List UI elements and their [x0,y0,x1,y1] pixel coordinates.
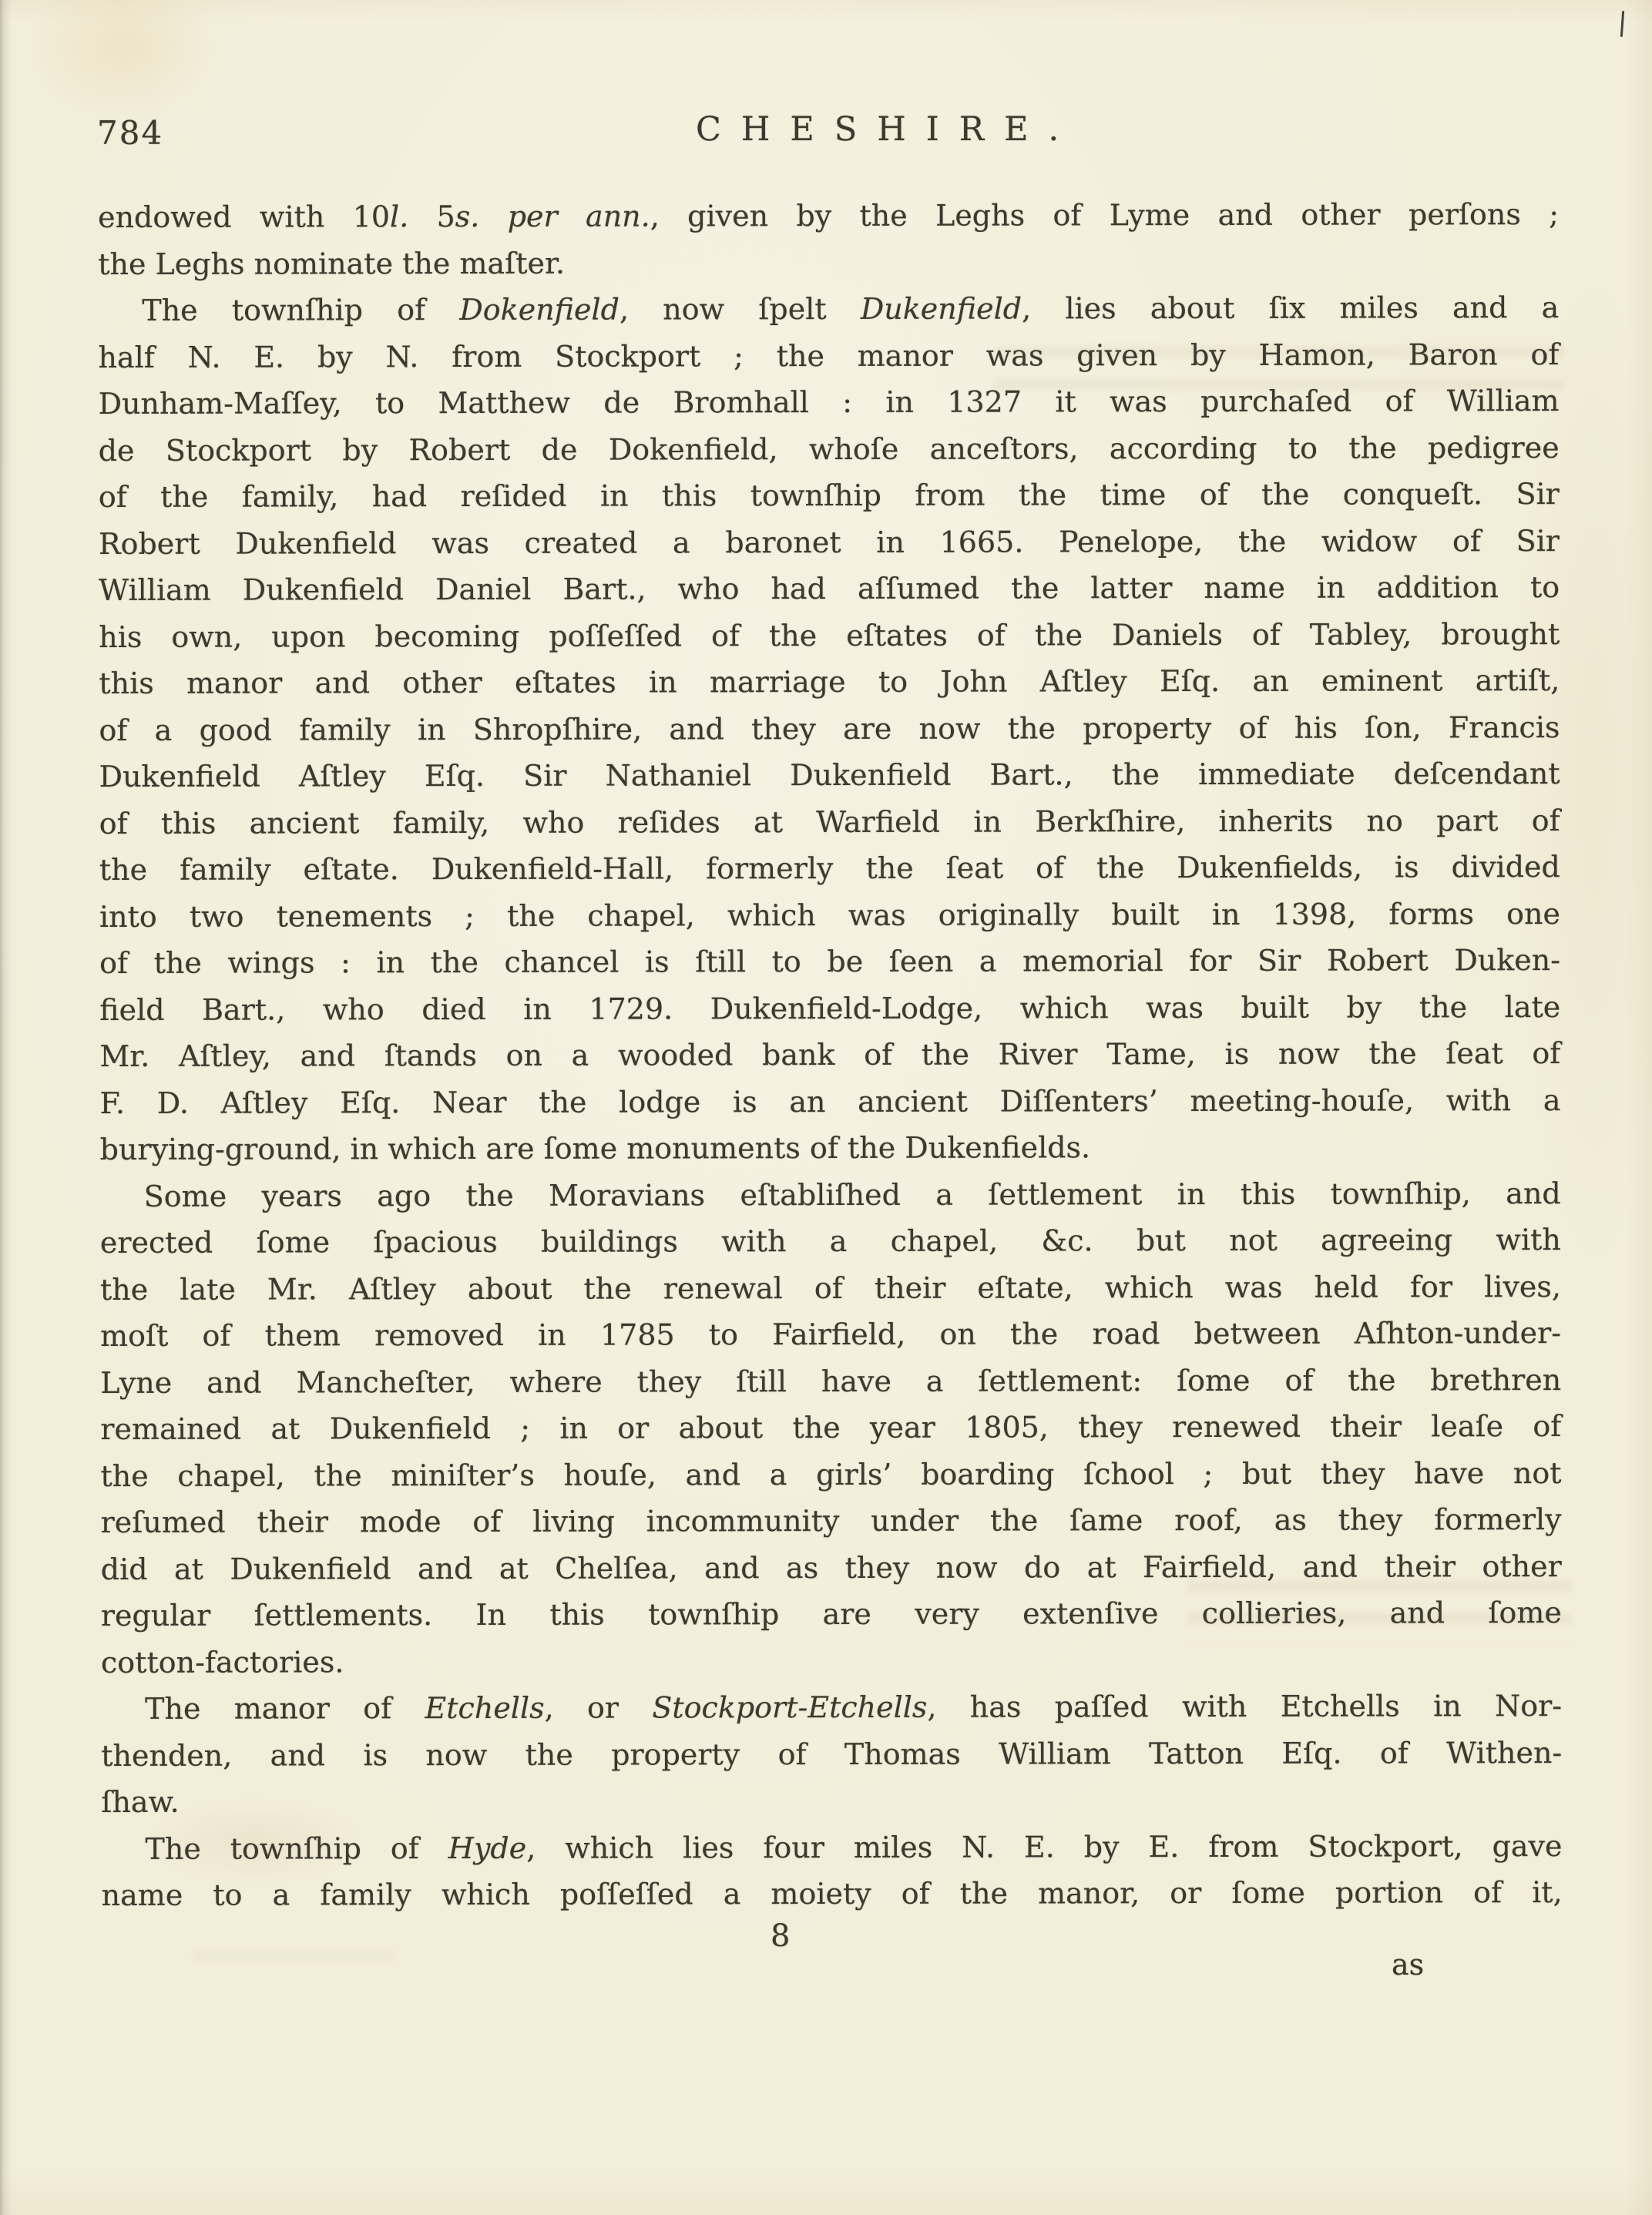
text-line: his own, upon becoming poſſeſſed of the … [99,611,1560,660]
text-line: William Dukenfield Daniel Bart., who had… [99,564,1560,613]
text-line: cotton-factories. [101,1636,1562,1686]
show-through-smudge [193,1941,393,1980]
signature-mark: 8 [771,1918,790,1954]
text-line: de Stockport by Robert de Dokenfield, wh… [99,425,1560,474]
text-line: of the wings : in the chancel is ſtill t… [99,937,1560,986]
text-line: F. D. Aſtley Eſq. Near the lodge is an a… [99,1077,1560,1126]
text-line: of the family, had reſided in this townſ… [99,471,1560,520]
text-line: thenden, and is now the property of Thom… [101,1730,1562,1779]
text-line: did at Dukenfield and at Chelſea, and as… [101,1543,1562,1592]
text-line: regular ſettlements. In this townſhip ar… [101,1589,1562,1639]
text-line: into two tenements ; the chapel, which w… [99,891,1560,940]
book-page: 784 CHESHIRE. endowed with 10l. 5s. per … [0,0,1652,2215]
text-line: reſumed their mode of living incommunity… [101,1496,1562,1545]
text-line: The manor of Etchells, or Stockport-Etch… [101,1683,1562,1732]
text-line: of a good family in Shropſhire, and they… [99,704,1560,753]
text-line: ſhaw. [101,1776,1562,1825]
text-line: The townſhip of Dokenfield, now ſpelt Du… [98,284,1559,334]
text-line: The townſhip of Hyde, which lies four mi… [101,1823,1562,1872]
text-line: Lyne and Mancheſter, where they ſtill ha… [100,1357,1561,1406]
text-line: field Bart., who died in 1729. Dukenfiel… [99,984,1560,1033]
text-line: half N. E. by N. from Stockport ; the ma… [98,331,1559,381]
page-number: 784 [97,114,163,152]
text-line: moſt of them removed in 1785 to Fairfiel… [100,1310,1561,1359]
text-line: endowed with 10l. 5s. per ann., given by… [98,191,1559,240]
text-line: remained at Dukenfield ; in or about the… [100,1403,1561,1452]
text-line: Dunham-Maſſey, to Matthew de Bromhall : … [99,378,1560,427]
body-lines: endowed with 10l. 5s. per ann., given by… [98,191,1563,1918]
text-line: the chapel, the miniſter’s houſe, and a … [100,1450,1561,1499]
text-line: Some years ago the Moravians eſtabliſhed… [100,1170,1561,1220]
text-line: this manor and other eſtates in marriage… [99,657,1560,706]
text-line: erected ſome ſpacious buildings with a c… [100,1217,1561,1266]
catchword: as [1392,1948,1424,1982]
paper-stain [23,0,223,123]
text-line: of this ancient family, who reſides at W… [99,797,1560,847]
text-line: the Leghs nominate the maſter. [98,238,1559,287]
text-line: the family eſtate. Dukenfield-Hall, form… [99,844,1560,893]
text-line: Mr. Aſtley, and ſtands on a wooded bank … [99,1030,1560,1079]
text-line: the late Mr. Aſtley about the renewal of… [100,1264,1561,1313]
text-line: Robert Dukenfield was created a baronet … [99,518,1560,567]
text-line: Dukenfield Aſtley Eſq. Sir Nathaniel Duk… [99,750,1560,800]
text-line: name to a family which poſſeſſed a moiet… [102,1869,1563,1918]
text-line: burying-ground, in which are ſome monume… [100,1123,1561,1173]
running-title: CHESHIRE. [696,110,1079,149]
corner-mark [1620,11,1624,37]
